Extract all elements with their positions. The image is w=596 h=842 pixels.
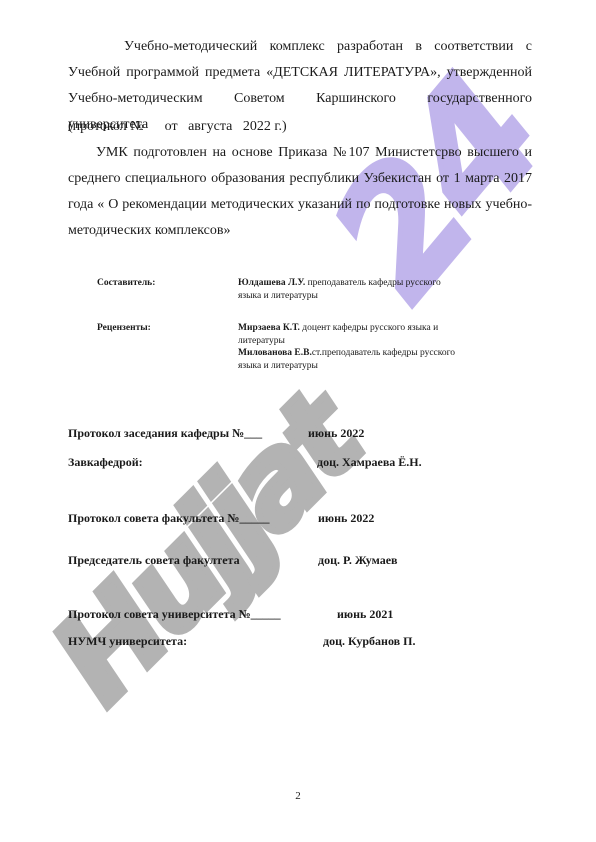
faculty-protocol-label: Протокол совета факультета №_____ [68, 511, 269, 525]
reviewer-2-name: Милованова Е.В. [238, 348, 312, 358]
dept-head-name: доц. Хамраева Ё.Н. [317, 455, 422, 470]
protocol-row: НУМЧ университета: доц. Курбанов П. [68, 634, 538, 649]
faculty-chair-label: Председатель совета факултета [68, 553, 240, 567]
document-page: Hujjat 24 Учебно-методический комплекс р… [0, 0, 596, 842]
faculty-chair-name: доц. Р. Жумаев [318, 553, 398, 568]
dept-head-label: Завкафедрой: [68, 455, 143, 469]
protocol-row: Председатель совета факултета доц. Р. Жу… [68, 553, 538, 568]
protocol-row: Протокол заседания кафедры №___ июнь 202… [68, 426, 538, 441]
protocol-row: Протокол совета университета №_____ июнь… [68, 607, 538, 622]
university-protocol-date: июнь 2021 [337, 607, 393, 622]
compiler-value: Юлдашева Л.У. преподаватель кафедры русс… [238, 277, 456, 302]
page-number: 2 [0, 790, 596, 802]
reviewers-value: Мирзаева К.Т. доцент кафедры русского яз… [238, 322, 456, 372]
umk-basis-paragraph: УМК подготовлен на основе Приказа №107 М… [68, 140, 532, 244]
numch-label: НУМЧ университета: [68, 634, 187, 648]
dept-protocol-date: июнь 2022 [308, 426, 364, 441]
dept-protocol-label: Протокол заседания кафедры №___ [68, 426, 262, 440]
compiler-name: Юлдашева Л.У. [238, 278, 305, 288]
credit-entry: Юлдашева Л.У. преподаватель кафедры русс… [238, 277, 456, 302]
credit-entry: Милованова Е.В.ст.преподаватель кафедры … [238, 347, 456, 372]
compiler-label: Составитель: [97, 277, 238, 290]
credit-entry: Мирзаева К.Т. доцент кафедры русского яз… [238, 322, 456, 347]
compiler-row: Составитель:Юлдашева Л.У. преподаватель … [97, 277, 517, 302]
protocol-row: Завкафедрой: доц. Хамраева Ё.Н. [68, 455, 538, 470]
university-protocol-label: Протокол совета университета №_____ [68, 607, 281, 621]
reviewers-row: Рецензенты:Мирзаева К.Т. доцент кафедры … [97, 322, 517, 372]
numch-name: доц. Курбанов П. [323, 634, 416, 649]
faculty-protocol-date: июнь 2022 [318, 511, 374, 526]
protocol-row: Протокол совета факультета №_____ июнь 2… [68, 511, 538, 526]
reviewer-1-name: Мирзаева К.Т. [238, 323, 300, 333]
hujjat-watermark: Hujjat [26, 371, 385, 730]
protocol-note-line: (протокол № от августа 2022 г.) [68, 114, 532, 140]
reviewers-label: Рецензенты: [97, 322, 238, 335]
